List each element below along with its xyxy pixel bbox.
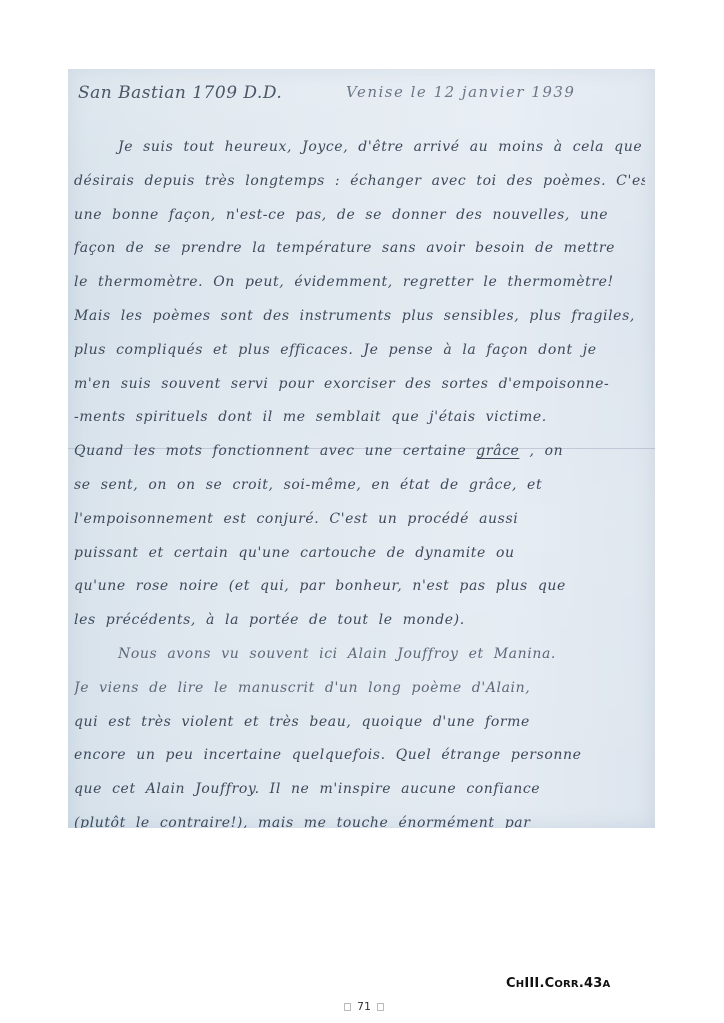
page-number-value: 71: [357, 1000, 371, 1013]
page-number-left-marker-icon: [344, 1003, 351, 1011]
letter-line: l'empoisonnement est conjuré. C'est un p…: [74, 503, 645, 537]
letter-line: puissant et certain qu'une cartouche de …: [74, 537, 645, 571]
letter-line: les précédents, à la portée de tout le m…: [74, 604, 645, 638]
letter-header: San Bastian 1709 D.D. Venise le 12 janvi…: [68, 79, 655, 109]
archive-ref-part: III.: [524, 976, 544, 991]
archive-ref-part: C: [545, 976, 555, 991]
letter-line: Je suis tout heureux, Joyce, d'être arri…: [74, 131, 645, 165]
letter-line-grace: Quand les mots fonctionnent avec une cer…: [74, 435, 645, 469]
letter-line-tail: , on: [519, 443, 563, 459]
archive-reference: CHIII.CORR.43A: [506, 976, 610, 991]
archive-ref-part: ORR: [554, 979, 579, 990]
letter-line: façon de se prendre la température sans …: [74, 232, 645, 266]
letter-line: se sent, on on se croit, soi-même, en ét…: [74, 469, 645, 503]
letter-line: Je viens de lire le manuscrit d'un long …: [74, 672, 645, 706]
letter-line: le thermomètre. On peut, évidemment, reg…: [74, 266, 645, 300]
page-number-right-marker-icon: [377, 1003, 384, 1011]
letter-reference: San Bastian 1709 D.D.: [78, 83, 282, 103]
letter-line: Mais les poèmes sont des instruments plu…: [74, 300, 645, 334]
archive-ref-part: C: [506, 976, 516, 991]
letter-line: -ments spirituels dont il me semblait qu…: [74, 401, 645, 435]
letter-line: qui est très violent et très beau, quoiq…: [74, 706, 645, 740]
letter-line: m'en suis souvent servi pour exorciser d…: [74, 368, 645, 402]
letter-line: qu'une rose noire (et qui, par bonheur, …: [74, 570, 645, 604]
page-number: 71: [344, 1000, 384, 1013]
letter-line: Nous avons vu souvent ici Alain Jouffroy…: [74, 638, 645, 672]
letter-body: Je suis tout heureux, Joyce, d'être arri…: [74, 131, 645, 828]
letter-line: (plutôt le contraire!), mais me touche é…: [74, 807, 645, 828]
letter-scan-image: San Bastian 1709 D.D. Venise le 12 janvi…: [68, 69, 655, 828]
underlined-word-grace: grâce: [476, 443, 519, 459]
archive-ref-part: A: [602, 979, 610, 990]
letter-line: plus compliqués et plus efficaces. Je pe…: [74, 334, 645, 368]
letter-place-date: Venise le 12 janvier 1939: [346, 83, 575, 101]
archive-ref-part: .43: [579, 976, 603, 991]
letter-line-text: Quand les mots fonctionnent avec une cer…: [74, 443, 466, 459]
letter-line: désirais depuis très longtemps : échange…: [74, 165, 645, 199]
letter-line: encore un peu incertaine quelquefois. Qu…: [74, 739, 645, 773]
letter-line: une bonne façon, n'est-ce pas, de se don…: [74, 199, 645, 233]
letter-line: que cet Alain Jouffroy. Il ne m'inspire …: [74, 773, 645, 807]
